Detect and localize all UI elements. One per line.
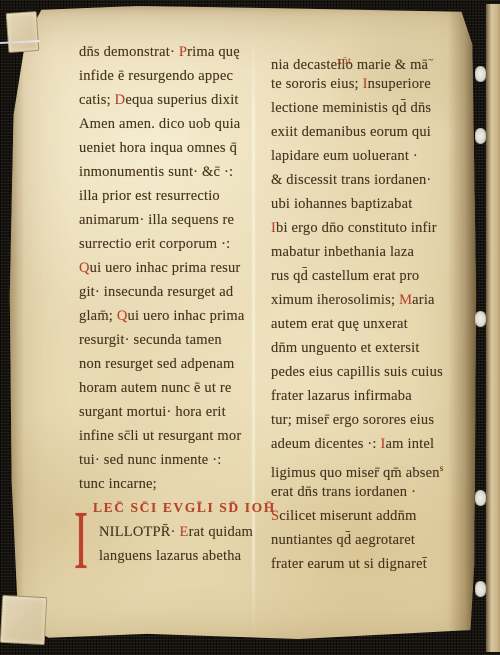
rubricated-letter: Q <box>117 308 128 324</box>
manuscript-text-line: ubi iohannes baptizabat <box>271 192 467 216</box>
text-segment: cilicet miserunt addn̄m <box>279 508 416 524</box>
right-text-column: nia decastello marie & mā~te sororis eiu… <box>271 48 467 576</box>
text-segment: rat quidam <box>189 524 253 540</box>
text-segment: catis; <box>79 92 115 108</box>
manuscript-text-line: erat dn̄s trans iordanen · <box>271 480 467 504</box>
manuscript-text-line: animarum· illa sequens re <box>79 208 275 232</box>
text-segment: tui· sed nunc inmente ·: <box>79 452 222 468</box>
manuscript-text-line: exiit demanibus eorum qui <box>271 120 467 144</box>
manuscript-text-line: adeum dicentes ·: Iam intel <box>271 432 467 456</box>
manuscript-text-line: ximum iherosolimis; Maria <box>271 288 467 312</box>
manuscript-text-line: Qui uero inhac prima resur <box>79 256 275 280</box>
text-segment: mabatur inbethania laza <box>271 244 414 260</box>
manuscript-text-line: infide ē resurgendo appec <box>79 64 275 88</box>
manuscript-text-line: Scilicet miserunt addn̄m <box>271 504 467 528</box>
manuscript-text-line: mabatur inbethania laza <box>271 240 467 264</box>
text-segment: rus qd̄ castellum erat pro <box>271 268 419 284</box>
text-segment: ubi iohannes baptizabat <box>271 196 413 212</box>
text-segment: tur; miser̄ ergo sorores eius <box>271 412 434 428</box>
text-segment: ueniet hora inqua omnes q̄ <box>79 140 237 156</box>
manuscript-text-line: tur; miser̄ ergo sorores eius <box>271 408 467 432</box>
text-segment: erat dn̄s trans iordanen · <box>271 484 416 500</box>
manuscript-text-line: illa prior est resurrectio <box>79 184 275 208</box>
manuscript-text-line: pedes eius capillis suis cuius <box>271 360 467 384</box>
text-segment: glam̄; <box>79 308 117 324</box>
manuscript-text-line: nia decastello marie & mā~ <box>271 48 467 72</box>
manuscript-text-line: inmonumentis sunt· &c̄ ·: <box>79 160 275 184</box>
photo-backdrop: dn̄s demonstrat· Prima quęinfide ē resur… <box>0 0 500 655</box>
text-segment: resurgit· secunda tamen <box>79 332 222 348</box>
manuscript-text-line: NILLOTPR̄· Erat quidam <box>99 520 275 544</box>
text-segment: frater earum ut si dignaret̄ <box>271 556 427 572</box>
manuscript-text-line: git· insecunda resurget ad <box>79 280 275 304</box>
text-segment: rima quę <box>187 44 240 60</box>
text-segment: languens lazarus abetha <box>99 548 241 564</box>
text-segment: ligimus quo miser̄ qm̄ absen <box>271 465 440 481</box>
manuscript-text-line: dn̄s demonstrat· Prima quę <box>79 40 275 64</box>
interlinear-addition: xp̄t <box>337 57 351 67</box>
manuscript-text-line: Ibi ergo dn̄o constituto infir <box>271 216 467 240</box>
text-segment: ~ <box>428 55 433 65</box>
manuscript-text-line: surgant mortui· hora erit <box>79 400 275 424</box>
text-segment: ximum iherosolimis; <box>271 292 399 308</box>
manuscript-text-line: surrectio erit corporum ·: <box>79 232 275 256</box>
manuscript-text-line: Amen amen. dico uob quia <box>79 112 275 136</box>
text-segment: aria <box>412 292 435 308</box>
binding-stitch <box>475 490 486 506</box>
manuscript-text-line: rus qd̄ castellum erat pro <box>271 264 467 288</box>
rubricated-letter: M <box>399 292 412 308</box>
manuscript-text-line: frater lazarus infirmaba <box>271 384 467 408</box>
rubricated-letter: D <box>115 92 126 108</box>
manuscript-text-line: lapidare eum uoluerant · <box>271 144 467 168</box>
text-segment: pedes eius capillis suis cuius <box>271 364 443 380</box>
text-segment: ui uero inhac prima <box>128 308 245 324</box>
rubric-line: LEC̄ SC̄I EVGL̄I SD̄ IOH̄ <box>93 496 275 520</box>
manuscript-text-line: dn̄m unguento et extersit <box>271 336 467 360</box>
text-segment: lapidare eum uoluerant · <box>271 148 418 164</box>
parchment-tab-top <box>6 11 40 53</box>
text-segment: nsuperiore <box>368 76 431 92</box>
text-segment: inmonumentis sunt· &c̄ ·: <box>79 164 233 180</box>
manuscript-text-line: te sororis eius; Insuperiore <box>271 72 467 96</box>
text-segment: surgant mortui· hora erit <box>79 404 226 420</box>
manuscript-text-line: non resurget sed adpenam <box>79 352 275 376</box>
text-segment: NILLOTPR̄· <box>99 524 180 540</box>
binding-stitch <box>475 128 486 144</box>
manuscript-text-line: ligimus quo miser̄ qm̄ absens <box>271 456 467 480</box>
text-segment: bi ergo dn̄o constituto infir <box>276 220 437 236</box>
manuscript-text-line: nuntiantes qd̄ aegrotaret <box>271 528 467 552</box>
text-segment: non resurget sed adpenam <box>79 356 235 372</box>
left-text-column: dn̄s demonstrat· Prima quęinfide ē resur… <box>79 40 275 568</box>
rubricated-letter: LEC̄ SC̄I EVGL̄I SD̄ IOH̄ <box>93 500 276 515</box>
manuscript-text-line: horam autem nunc ē ut re <box>79 376 275 400</box>
page-left-edge-shading <box>6 6 24 648</box>
manuscript-text-line: glam̄; Qui uero inhac prima <box>79 304 275 328</box>
text-segment: autem erat quę unxerat <box>271 316 408 332</box>
manuscript-text-line: tunc incarne; <box>79 472 275 496</box>
manuscript-text-line: & discessit trans iordanen· <box>271 168 467 192</box>
text-segment: equa superius dixit <box>125 92 238 108</box>
text-segment: nuntiantes qd̄ aegrotaret <box>271 532 415 548</box>
text-segment: infide ē resurgendo appec <box>79 68 233 84</box>
text-segment: ui uero inhac prima resur <box>90 260 241 276</box>
text-segment: Amen amen. dico uob quia <box>79 116 240 132</box>
text-segment: infine sc̄li ut resurgant mor <box>79 428 241 444</box>
manuscript-text-line: infine sc̄li ut resurgant mor <box>79 424 275 448</box>
text-segment: s <box>440 463 444 473</box>
manuscript-text-line: resurgit· secunda tamen <box>79 328 275 352</box>
rubricated-letter: E <box>180 524 189 540</box>
manuscript-text-line: autem erat quę unxerat <box>271 312 467 336</box>
manuscript-text-line: catis; Dequa superius dixit <box>79 88 275 112</box>
text-segment: dn̄m unguento et extersit <box>271 340 420 356</box>
text-segment: te sororis eius; <box>271 76 363 92</box>
text-segment: adeum dicentes ·: <box>271 436 381 452</box>
manuscript-text-line: tui· sed nunc inmente ·: <box>79 448 275 472</box>
text-segment: git· insecunda resurget ad <box>79 284 233 300</box>
manuscript-text-line: languens lazarus abetha <box>99 544 275 568</box>
parchment-tab-bottom <box>0 595 47 645</box>
text-segment: illa prior est resurrectio <box>79 188 220 204</box>
manuscript-text-line: ueniet hora inqua omnes q̄ <box>79 136 275 160</box>
text-segment: & discessit trans iordanen· <box>271 172 431 188</box>
text-segment: tunc incarne; <box>79 476 157 492</box>
text-segment: exiit demanibus eorum qui <box>271 124 431 140</box>
binding-stitch <box>475 311 486 327</box>
manuscript-text-line: lectione meministis qd̄ dn̄s <box>271 96 467 120</box>
text-segment: animarum· illa sequens re <box>79 212 234 228</box>
text-segment: horam autem nunc ē ut re <box>79 380 232 396</box>
text-segment: lectione meministis qd̄ dn̄s <box>271 100 431 116</box>
rubricated-letter: P <box>179 44 187 60</box>
text-segment: dn̄s demonstrat· <box>79 44 179 60</box>
drop-cap-initial: I <box>74 500 90 640</box>
adjacent-folio-edge <box>486 4 500 652</box>
text-segment: am intel <box>386 436 435 452</box>
binding-stitch <box>475 581 486 597</box>
rubricated-letter: Q <box>79 260 90 276</box>
text-segment: frater lazarus infirmaba <box>271 388 412 404</box>
text-segment: surrectio erit corporum ·: <box>79 236 230 252</box>
manuscript-text-line: frater earum ut si dignaret̄ <box>271 552 467 576</box>
binding-stitch <box>475 66 486 82</box>
